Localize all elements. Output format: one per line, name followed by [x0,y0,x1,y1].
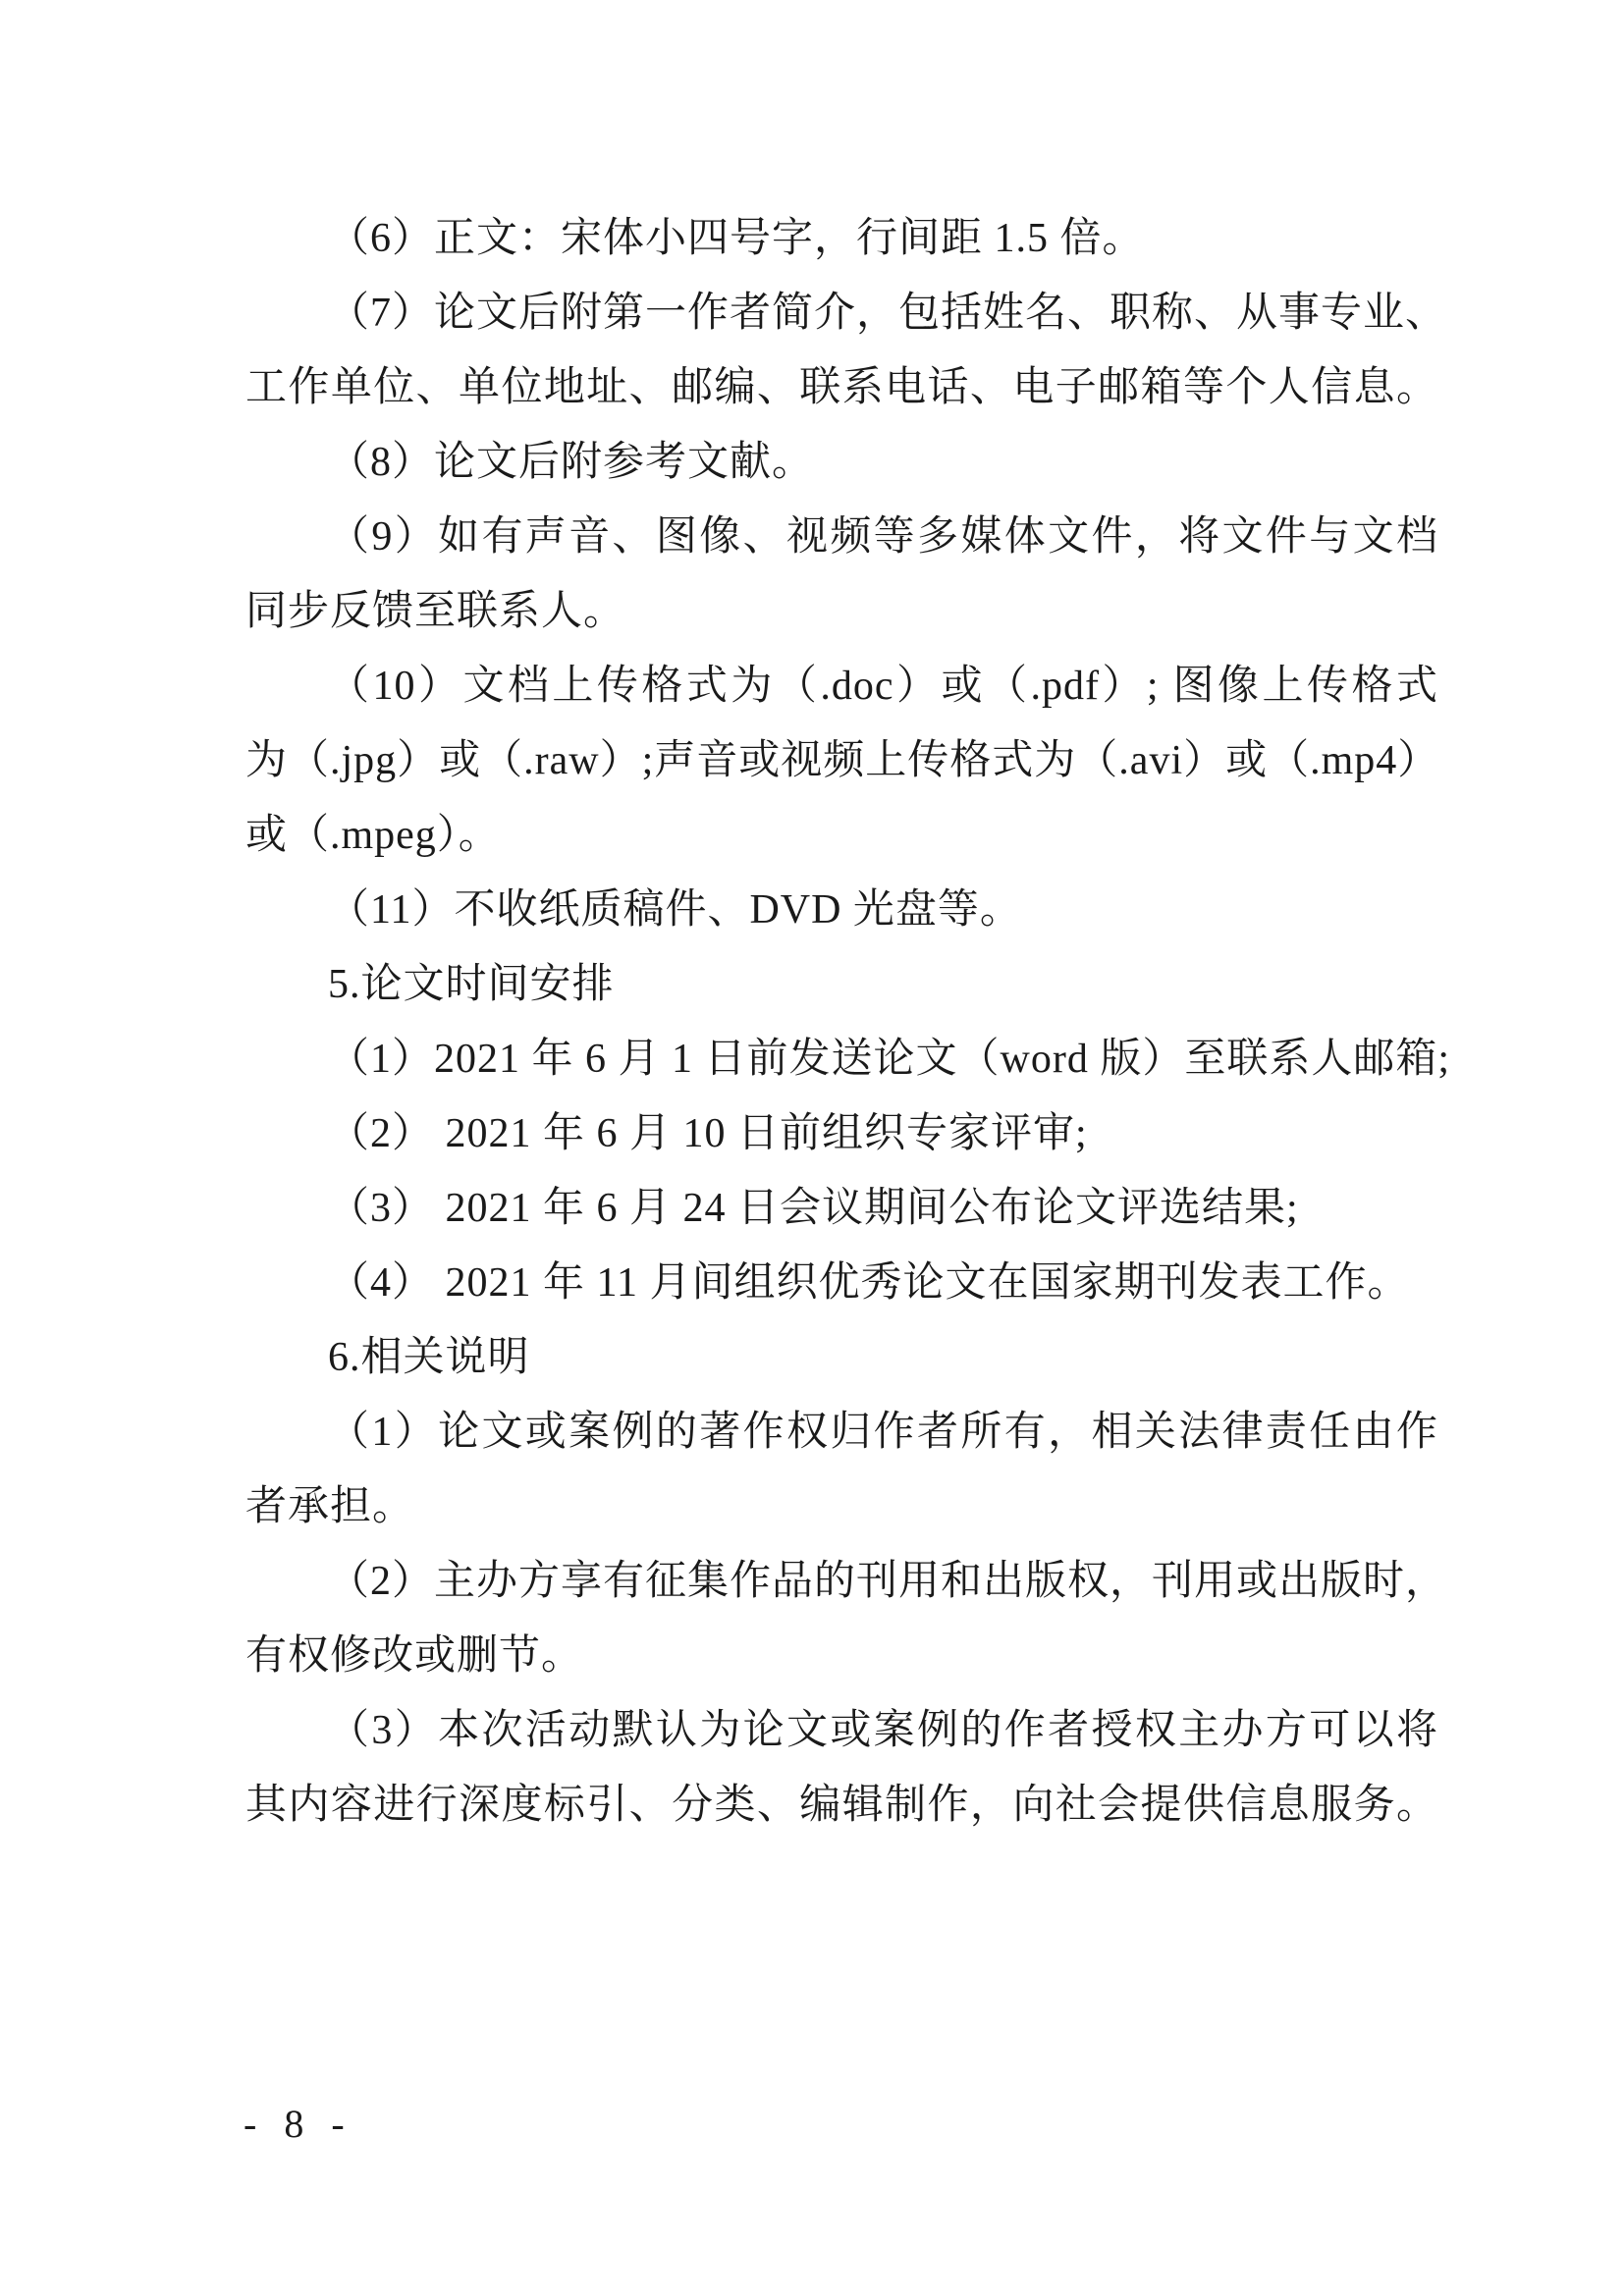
page-number: - 8 - [244,2101,347,2147]
text-line: 有权修改或删节。 [245,1619,1438,1693]
text-line: （3）本次活动默认为论文或案例的作者授权主办方可以将 [245,1693,1438,1768]
text-line: （3） 2021 年 6 月 24 日会议期间公布论文评选结果; [245,1171,1438,1246]
text-line: （11）不收纸质稿件、DVD 光盘等。 [245,873,1438,947]
text-line: 工作单位、单位地址、邮编、联系电话、电子邮箱等个人信息。 [245,350,1438,425]
text-line: 同步反馈至联系人。 [245,574,1438,649]
text-line: （1）论文或案例的著作权归作者所有，相关法律责任由作 [245,1395,1438,1469]
text-line: （6）正文：宋体小四号字，行间距 1.5 倍。 [245,201,1438,276]
text-line: （10）文档上传格式为（.doc）或（.pdf）; 图像上传格式 [245,649,1438,723]
text-line: 为（.jpg）或（.raw）;声音或视频上传格式为（.avi）或（.mp4） [245,723,1438,798]
text-line: 者承担。 [245,1469,1438,1544]
text-line: （2） 2021 年 6 月 10 日前组织专家评审; [245,1096,1438,1171]
section-5-heading: 5.论文时间安排 [245,947,1438,1022]
section-6-heading: 6.相关说明 [245,1320,1438,1395]
document-body: （6）正文：宋体小四号字，行间距 1.5 倍。 （7）论文后附第一作者简介，包括… [245,201,1438,1842]
document-page: （6）正文：宋体小四号字，行间距 1.5 倍。 （7）论文后附第一作者简介，包括… [0,0,1624,2296]
text-line: （9）如有声音、图像、视频等多媒体文件，将文件与文档 [245,500,1438,574]
text-line: （1）2021 年 6 月 1 日前发送论文（word 版）至联系人邮箱; [245,1022,1438,1096]
text-line: （2）主办方享有征集作品的刊用和出版权，刊用或出版时， [245,1544,1438,1619]
text-line: 或（.mpeg）。 [245,798,1438,873]
text-line: （7）论文后附第一作者简介，包括姓名、职称、从事专业、 [245,276,1438,350]
text-line: （8）论文后附参考文献。 [245,425,1438,500]
text-line: 其内容进行深度标引、分类、编辑制作，向社会提供信息服务。 [245,1768,1438,1842]
text-line: （4） 2021 年 11 月间组织优秀论文在国家期刊发表工作。 [245,1246,1438,1320]
